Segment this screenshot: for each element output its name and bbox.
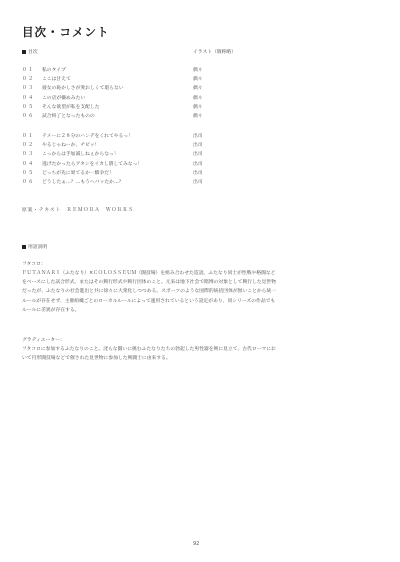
glossary-term: グラディエーター： bbox=[22, 336, 65, 343]
toc-row: ０４この店が嫌めみたい偶々 bbox=[22, 94, 124, 103]
toc-number: ０１ bbox=[22, 66, 42, 75]
toc-title: 試合終了となったものの bbox=[42, 112, 95, 121]
toc-artist: 偶々 bbox=[193, 75, 203, 84]
toc-group-2: ０１テメーに２８分のハンデをくれてやるっ！出司 ０２やるじゃねーか、チビッ！出司… bbox=[22, 132, 142, 187]
toc-number: ０６ bbox=[22, 112, 42, 121]
definition-line: だったが、ふたなりの社会進出と共に徐々に大衆化しつつある。スポーツのような国際的… bbox=[22, 287, 382, 296]
toc-number: ０３ bbox=[22, 150, 42, 159]
toc-artist: 偶々 bbox=[193, 94, 203, 103]
toc-title: テメーに２８分のハンデをくれてやるっ！ bbox=[42, 132, 133, 141]
glossary-term: フタコロ： bbox=[22, 260, 46, 267]
toc-artist: 偶々 bbox=[193, 66, 203, 75]
toc-number: ０６ bbox=[22, 178, 42, 187]
toc-artist: 出司 bbox=[193, 150, 203, 159]
toc-artist: 偶々 bbox=[193, 103, 203, 112]
toc-row: ０６試合終了となったものの偶々 bbox=[22, 112, 124, 121]
toc-title: この店が嫌めみたい bbox=[42, 94, 85, 103]
toc-row: ０１テメーに２８分のハンデをくれてやるっ！出司 bbox=[22, 132, 142, 141]
toc-row: ０６どうしたぁ…？…もうへバッたか…？出司 bbox=[22, 178, 142, 187]
toc-number: ０５ bbox=[22, 103, 42, 112]
toc-title: どうしたぁ…？…もうへバッたか…？ bbox=[42, 178, 124, 187]
credit-line: 原案・テキスト ＲＥＭＯＲＡ ＷＯＲＫＳ bbox=[22, 206, 134, 213]
definition-line: ルールが存在せず、主催組織ごとのローカルルールによって運用されているという設定が… bbox=[22, 297, 382, 306]
toc-header-label: 目次 bbox=[28, 50, 38, 55]
toc-row: ０３こっからは手加減しねぇからなっ！出司 bbox=[22, 150, 142, 159]
toc-row: ０２やるじゃねーか、チビッ！出司 bbox=[22, 141, 142, 150]
toc-number: ０３ bbox=[22, 84, 42, 93]
glossary-definition: ＦＵＴＡＮＡＲＩ（ふたなり）×ＣＯＬＯＳＳＥＵＭ（闘技場）を組み合わせた造語。ふ… bbox=[22, 269, 382, 315]
definition-line: フタコロに参加するふたなりのこと。淫らな闘いに挑むふたなりたちの勃起した男性器を… bbox=[22, 345, 382, 354]
toc-artist: 偶々 bbox=[193, 112, 203, 121]
toc-number: ０５ bbox=[22, 169, 42, 178]
square-bullet-icon bbox=[22, 245, 26, 249]
toc-number: ０４ bbox=[22, 94, 42, 103]
toc-title: 彼女の恥かしさが愛おしくて堪らない bbox=[42, 84, 124, 93]
toc-artist: 出司 bbox=[193, 160, 203, 169]
toc-artist: 出司 bbox=[193, 178, 203, 187]
toc-number: ０２ bbox=[22, 141, 42, 150]
toc-title: そんな欲望が私を支配した bbox=[42, 103, 100, 112]
illustration-header: イラスト（敬称略） bbox=[193, 48, 236, 55]
definition-line: いて円形闘技場などで催された見世物に参加した剣闘士に由来する。 bbox=[22, 354, 382, 363]
definition-line: をベースにした試合形式、またはその興行形式や興行団体のこと。元来は地下社会で賭博… bbox=[22, 278, 382, 287]
definition-line: ルールに差異が存在する。 bbox=[22, 306, 382, 315]
toc-title: 私のタイプ bbox=[42, 66, 66, 75]
toc-artist: 偶々 bbox=[193, 84, 203, 93]
glossary-header: 用語説明 bbox=[22, 243, 47, 250]
toc-artist: 出司 bbox=[193, 141, 203, 150]
toc-row: ０４逃げたかったらアタシをイカし潰してみなっ！出司 bbox=[22, 160, 142, 169]
toc-title: やるじゃねーか、チビッ！ bbox=[42, 141, 99, 150]
toc-group-1: ０１私のタイプ偶々 ０２ここは甘えて偶々 ０３彼女の恥かしさが愛おしくて堪らない… bbox=[22, 66, 124, 121]
toc-header: 目次 bbox=[22, 48, 38, 55]
page-number: 92 bbox=[193, 541, 199, 547]
page-title: 目次・コメント bbox=[22, 24, 110, 40]
toc-title: 逃げたかったらアタシをイカし潰してみなっ！ bbox=[42, 160, 142, 169]
square-bullet-icon bbox=[22, 50, 26, 54]
toc-artist: 出司 bbox=[193, 169, 203, 178]
toc-row: ０２ここは甘えて偶々 bbox=[22, 75, 124, 84]
toc-title: ここは甘えて bbox=[42, 75, 71, 84]
toc-row: ０５どっちが先に果てるか一騎争だ！出司 bbox=[22, 169, 142, 178]
toc-row: ０１私のタイプ偶々 bbox=[22, 66, 124, 75]
toc-row: ０５そんな欲望が私を支配した偶々 bbox=[22, 103, 124, 112]
toc-artist: 出司 bbox=[193, 132, 203, 141]
toc-number: ０２ bbox=[22, 75, 42, 84]
toc-row: ０３彼女の恥かしさが愛おしくて堪らない偶々 bbox=[22, 84, 124, 93]
toc-title: どっちが先に果てるか一騎争だ！ bbox=[42, 169, 114, 178]
glossary-header-label: 用語説明 bbox=[28, 245, 47, 250]
toc-title: こっからは手加減しねぇからなっ！ bbox=[42, 150, 119, 159]
toc-number: ０１ bbox=[22, 132, 42, 141]
toc-number: ０４ bbox=[22, 160, 42, 169]
definition-line: ＦＵＴＡＮＡＲＩ（ふたなり）×ＣＯＬＯＳＳＥＵＭ（闘技場）を組み合わせた造語。ふ… bbox=[22, 269, 382, 278]
glossary-definition: フタコロに参加するふたなりのこと。淫らな闘いに挑むふたなりたちの勃起した男性器を… bbox=[22, 345, 382, 363]
